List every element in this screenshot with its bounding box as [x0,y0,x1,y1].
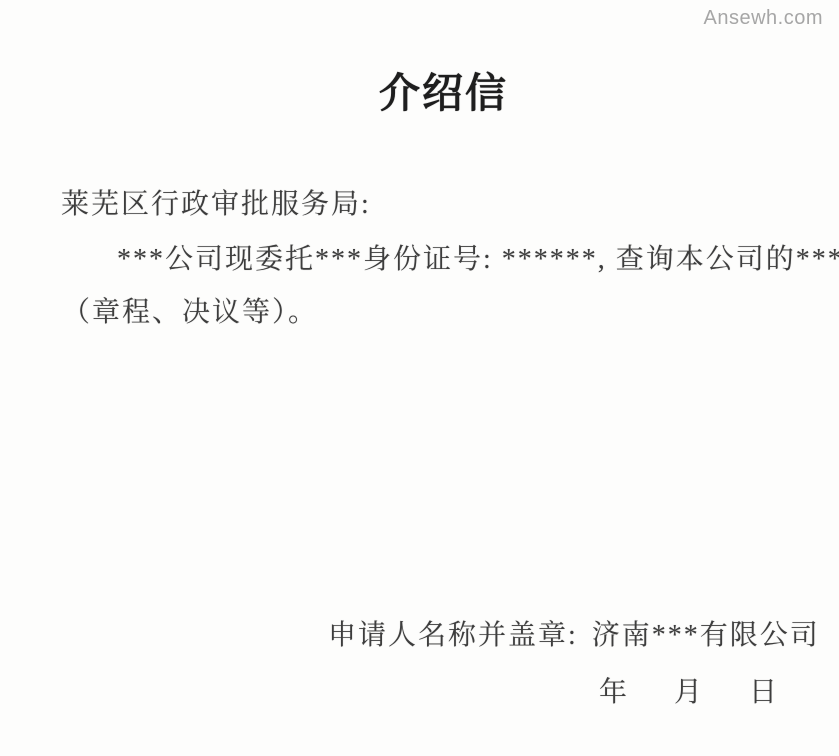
date-line: 年 月 日 [599,670,777,710]
site-watermark: Ansewh.com [704,7,824,30]
year-label: 年 [599,670,627,710]
signature-line: 申请人名称并盖章:济南***有限公司 [328,613,820,653]
document-page: Ansewh.com 介绍信 莱芜区行政审批服务局: ***公司现委托***身份… [0,0,839,756]
recipient-line: 莱芜区行政审批服务局: [61,182,371,222]
signature-label: 申请人名称并盖章: [328,620,578,651]
company-name: 济南***有限公司 [592,620,820,651]
body-line-1: ***公司现委托***身份证号: ******, 查询本公司的*** [117,237,839,277]
document-title: 介绍信 [379,60,508,119]
month-label: 月 [674,670,702,710]
day-label: 日 [749,670,777,710]
body-line-2: （章程、决议等）。 [62,290,318,330]
